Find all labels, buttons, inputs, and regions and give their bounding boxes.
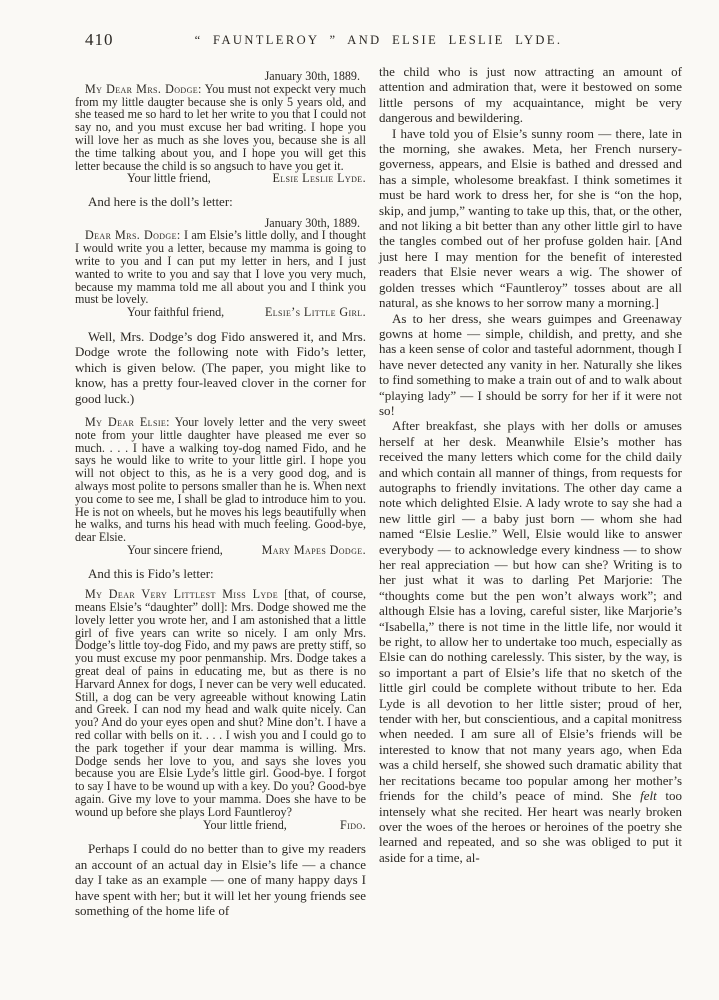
right-column: the child who is just now attracting an …	[379, 64, 682, 865]
running-header: 410 “ FAUNTLEROY ” AND ELSIE LESLIE LYDE…	[75, 28, 682, 52]
letter-signature-row: Your faithful friend, Elsie’s Little Gir…	[75, 306, 366, 319]
letter-text: You must not expeckt very much from my l…	[75, 82, 366, 173]
left-column: January 30th, 1889. My Dear Mrs. Dodge: …	[75, 64, 366, 928]
paragraph-fido-intro: Well, Mrs. Dodge’s dog Fido answered it,…	[75, 329, 366, 406]
paragraph-continuation: the child who is just now attracting an …	[379, 64, 682, 126]
italic-word-felt: felt	[640, 788, 657, 803]
paragraph-segment: After breakfast, she plays with her doll…	[379, 418, 682, 803]
text-columns: January 30th, 1889. My Dear Mrs. Dodge: …	[75, 64, 682, 928]
book-page: 410 “ FAUNTLEROY ” AND ELSIE LESLIE LYDE…	[0, 0, 719, 1000]
letter-signature: Mary Mapes Dodge.	[262, 544, 366, 557]
letter-closing: Your little friend,	[203, 819, 287, 832]
letter-signature: Elsie’s Little Girl.	[265, 306, 366, 319]
paragraph-after-breakfast: After breakfast, she plays with her doll…	[379, 418, 682, 865]
letter-signature-row: Your little friend, Fido.	[75, 819, 366, 832]
letter-doll: January 30th, 1889. Dear Mrs. Dodge: I a…	[75, 217, 366, 319]
intro-fido-letter: And this is Fido’s letter:	[75, 566, 366, 581]
letter-text: [that, of course, means Elsie’s “daughte…	[75, 587, 366, 819]
letter-closing: Your faithful friend,	[127, 306, 224, 319]
paragraph-sunny-room: I have told you of Elsie’s sunny room — …	[379, 126, 682, 311]
page-number: 410	[85, 30, 114, 50]
letter-signature: Elsie Leslie Lyde.	[272, 172, 366, 185]
chapter-title: “ FAUNTLEROY ” AND ELSIE LESLIE LYDE.	[75, 28, 682, 48]
letter-dodge: My Dear Elsie: Your lovely letter and th…	[75, 416, 366, 557]
letter-body: Dear Mrs. Dodge: I am Elsie’s little dol…	[75, 229, 366, 306]
letter-signature-row: Your little friend, Elsie Leslie Lyde.	[75, 172, 366, 185]
paragraph-dress: As to her dress, she wears guimpes and G…	[379, 311, 682, 419]
letter-fido: My Dear Very Littlest Miss Lyde [that, o…	[75, 588, 366, 831]
letter-body: My Dear Mrs. Dodge: You must not expeckt…	[75, 83, 366, 173]
letter-body: My Dear Very Littlest Miss Lyde [that, o…	[75, 588, 366, 818]
letter-elsie-mother: January 30th, 1889. My Dear Mrs. Dodge: …	[75, 70, 366, 185]
letter-signature-row: Your sincere friend, Mary Mapes Dodge.	[75, 544, 366, 557]
intro-doll-letter: And here is the doll’s letter:	[75, 194, 366, 209]
paragraph-perhaps: Perhaps I could do no better than to giv…	[75, 841, 366, 918]
letter-closing: Your little friend,	[127, 172, 211, 185]
letter-text: Your lovely letter and the very sweet no…	[75, 415, 366, 544]
letter-body: My Dear Elsie: Your lovely letter and th…	[75, 416, 366, 544]
letter-closing: Your sincere friend,	[127, 544, 223, 557]
letter-signature: Fido.	[340, 819, 366, 832]
